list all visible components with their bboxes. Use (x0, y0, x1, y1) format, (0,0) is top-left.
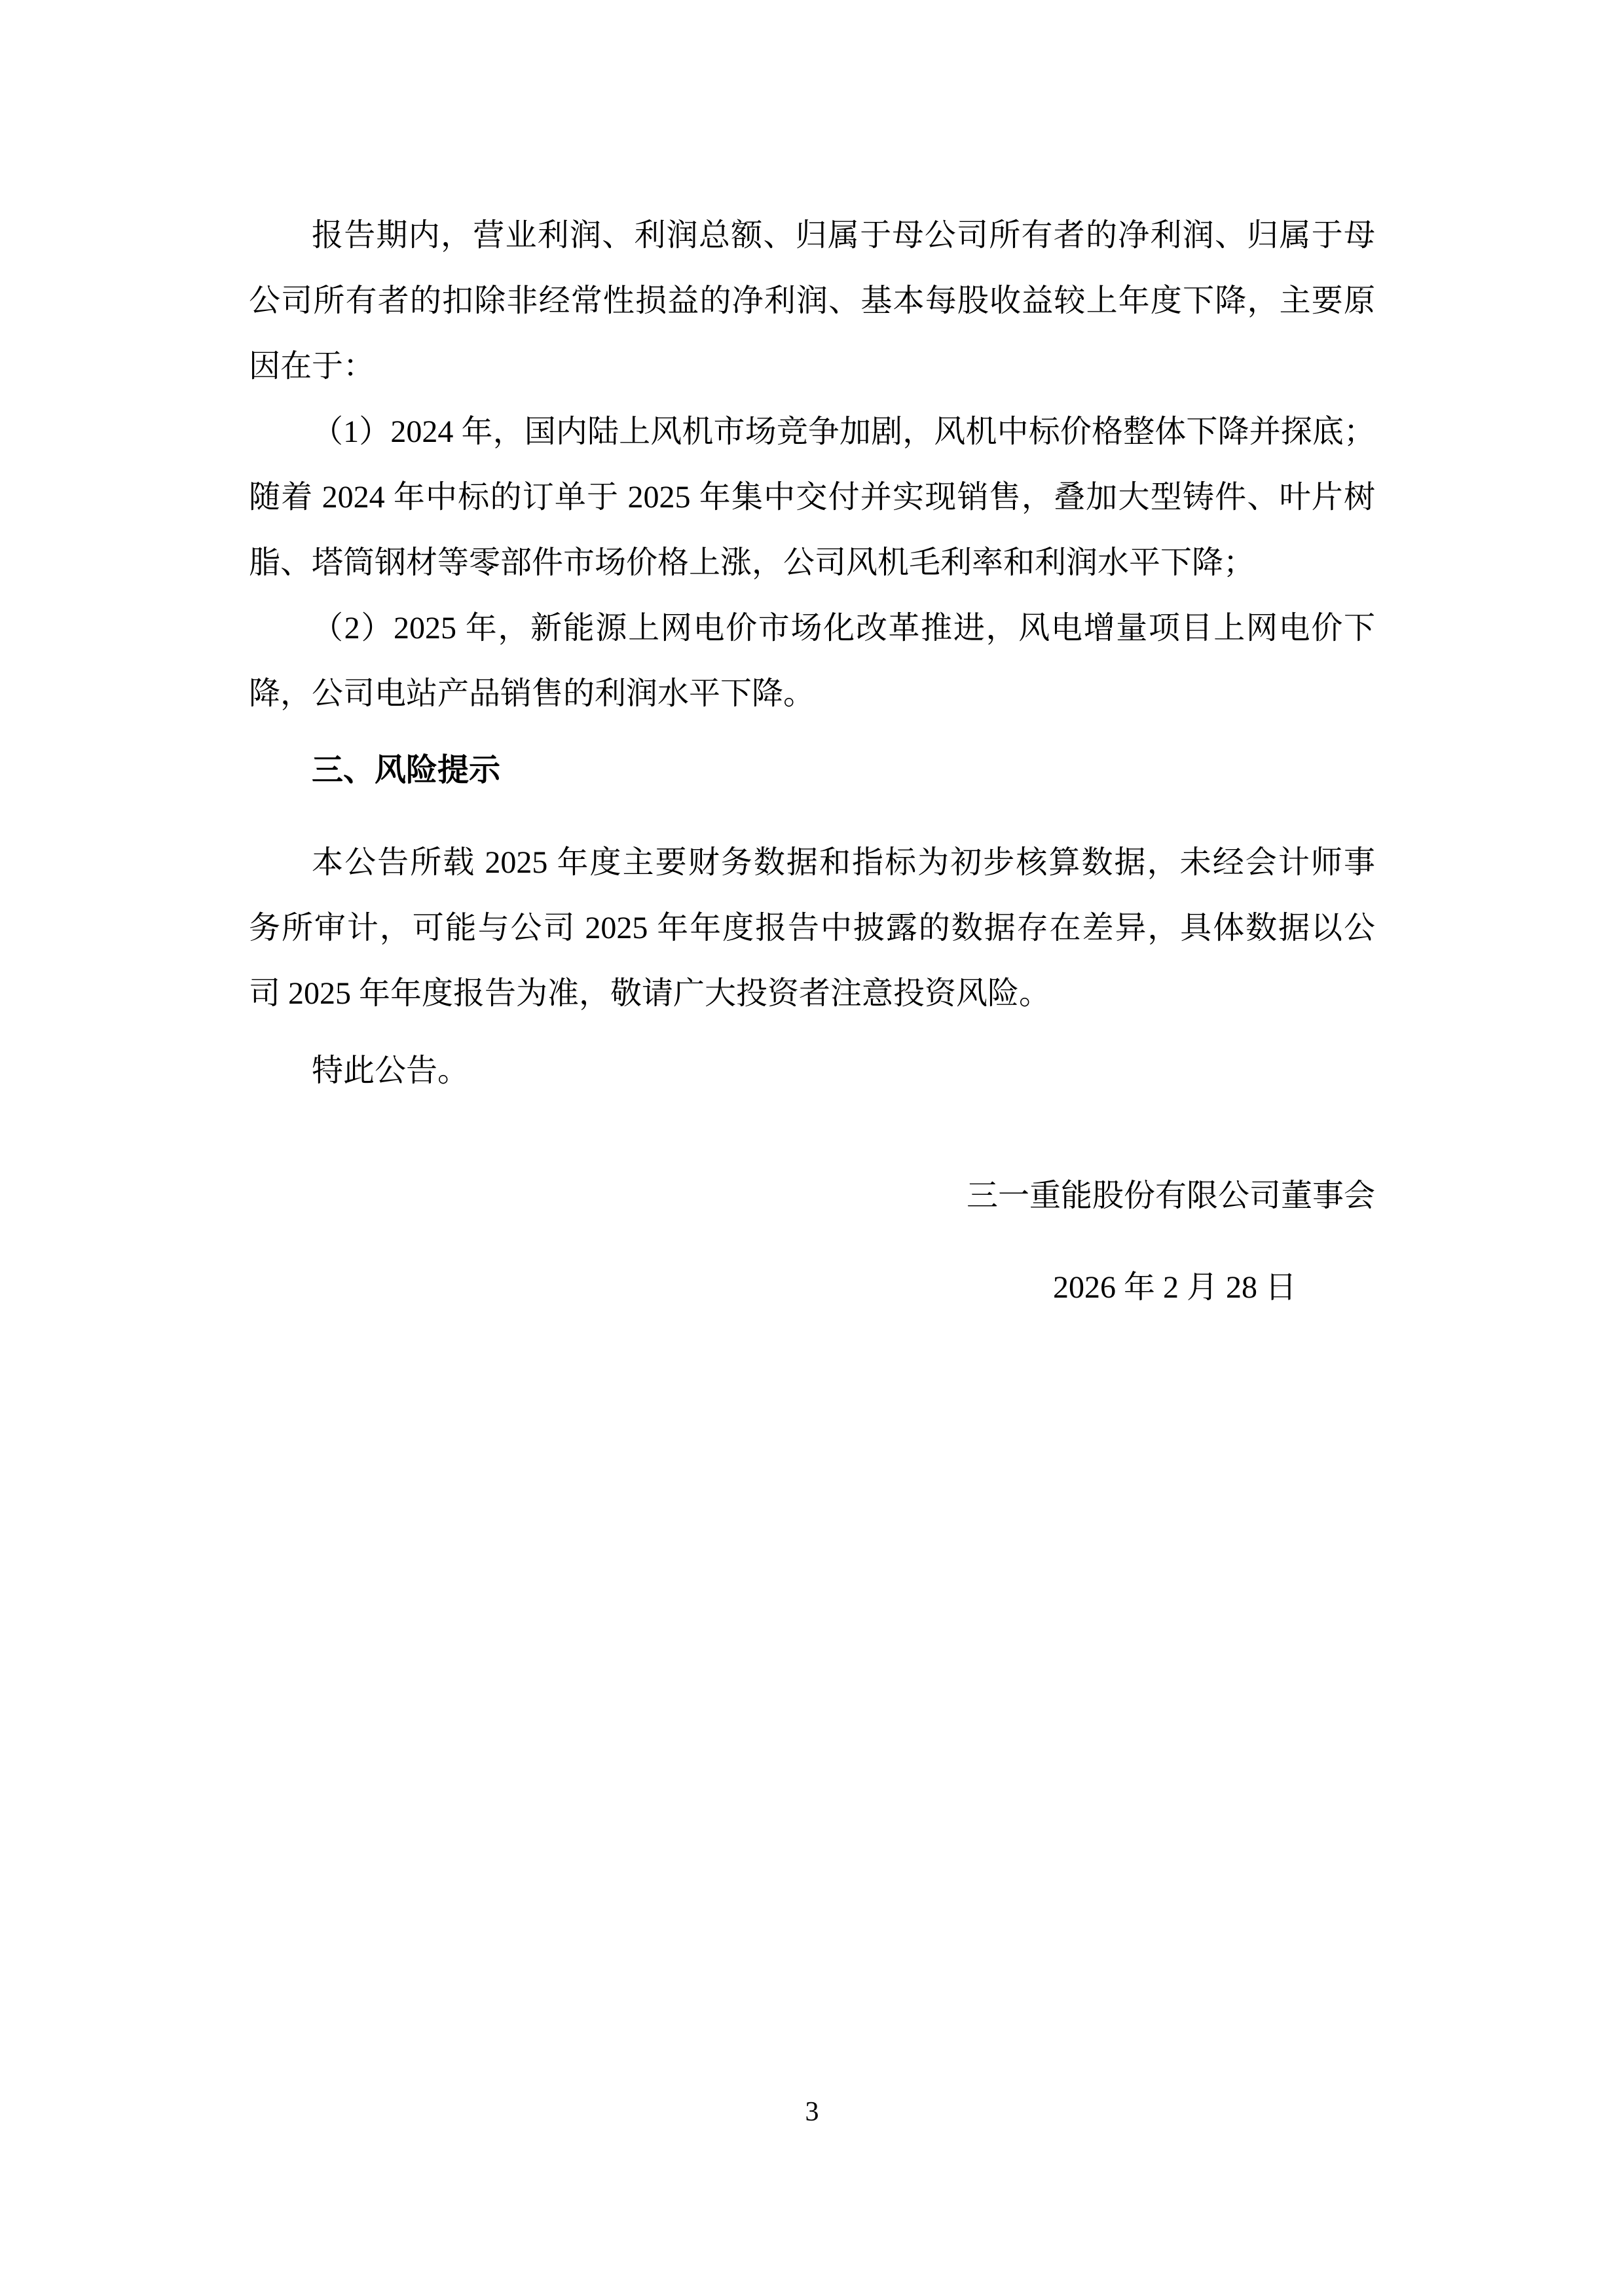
risk-para-line-1: 本公告所载 2025 年度主要财务数据和指标为初步核算数据，未经会计师事 (249, 830, 1375, 896)
risk-para-line-3: 司 2025 年年度报告为准，敬请广大投资者注意投资风险。 (249, 961, 1375, 1027)
para-reason1-line-2: 随着 2024 年中标的订单于 2025 年集中交付并实现销售，叠加大型铸件、叶… (249, 465, 1375, 530)
para-reason1-line-1: （1）2024 年，国内陆上风机市场竞争加剧，风机中标价格整体下降并探底； (249, 399, 1375, 465)
para-summary-line-3: 因在于： (249, 334, 1375, 399)
para-reason2-line-1: （2）2025 年，新能源上网电价市场化改革推进，风电增量项目上网电价下 (249, 596, 1375, 661)
page-number: 3 (0, 2092, 1624, 2132)
document-page: 报告期内，营业利润、利润总额、归属于母公司所有者的净利润、归属于母 公司所有者的… (0, 0, 1624, 2296)
closing-statement: 特此公告。 (249, 1038, 1375, 1104)
para-reason2-line-2: 降，公司电站产品销售的利润水平下降。 (249, 661, 1375, 727)
signature-date: 2026 年 2 月 28 日 (249, 1255, 1375, 1321)
document-body: 报告期内，营业利润、利润总额、归属于母公司所有者的净利润、归属于母 公司所有者的… (249, 203, 1375, 1321)
para-summary-line-2: 公司所有者的扣除非经常性损益的净利润、基本每股收益较上年度下降，主要原 (249, 268, 1375, 334)
section-heading-risk: 三、风险提示 (249, 738, 1375, 803)
para-reason1-line-3: 脂、塔筒钢材等零部件市场价格上涨，公司风机毛利率和利润水平下降； (249, 530, 1375, 596)
signature-company: 三一重能股份有限公司董事会 (249, 1163, 1375, 1229)
risk-para-line-2: 务所审计，可能与公司 2025 年年度报告中披露的数据存在差异，具体数据以公 (249, 896, 1375, 961)
para-summary-line-1: 报告期内，营业利润、利润总额、归属于母公司所有者的净利润、归属于母 (249, 203, 1375, 268)
